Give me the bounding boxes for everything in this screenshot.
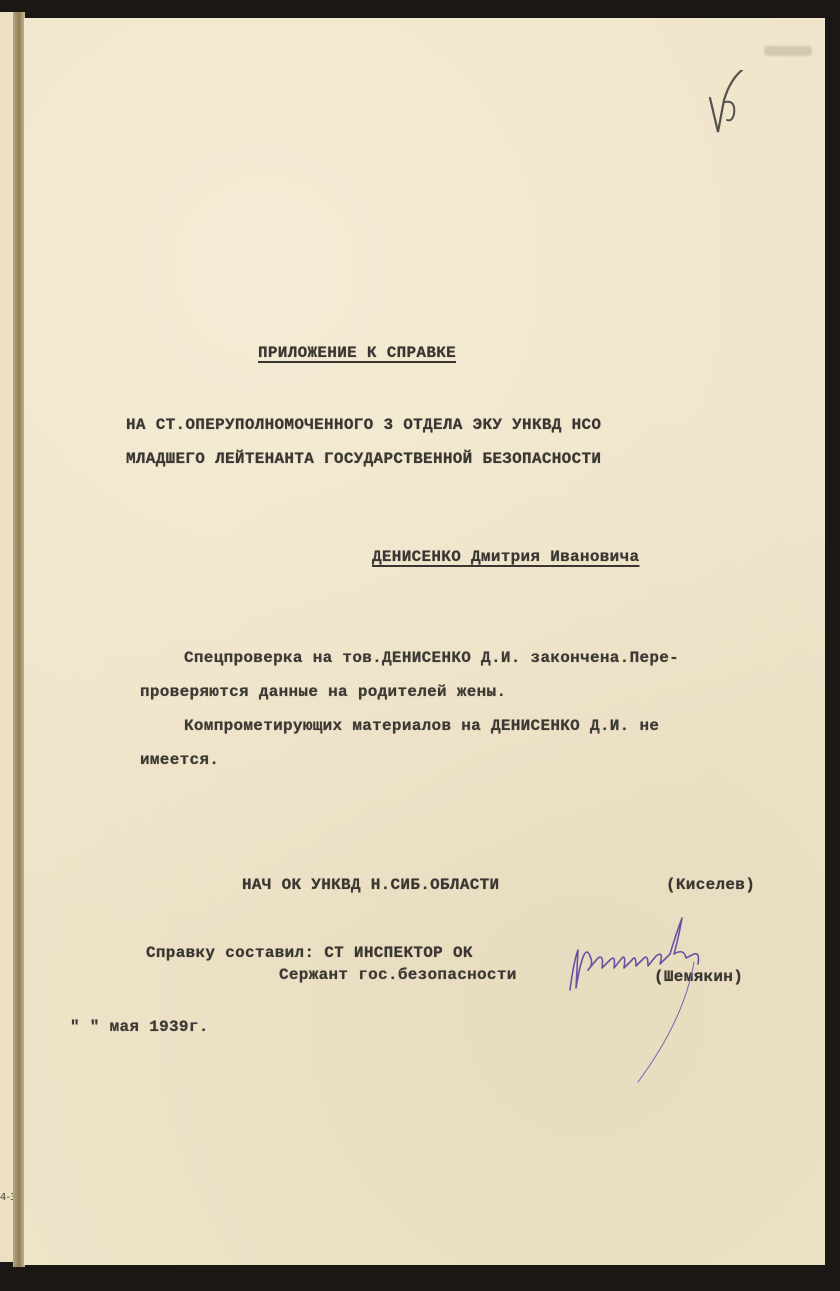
compiler-label: Справку составил: СТ ИНСПЕКТОР ОК xyxy=(146,944,473,962)
body-line-1: Спецпроверка на тов.ДЕНИСЕНКО Д.И. закон… xyxy=(184,649,679,667)
document-date: " " мая 1939г. xyxy=(70,1018,209,1036)
subject-line-2: МЛАДШЕГО ЛЕЙТЕНАНТА ГОСУДАРСТВЕННОЙ БЕЗО… xyxy=(126,450,601,468)
corner-smudge xyxy=(764,46,812,56)
previous-page-edge xyxy=(0,12,14,1262)
body-line-3: Компрометирующих материалов на ДЕНИСЕНКО… xyxy=(184,717,659,735)
handwritten-page-number-icon xyxy=(708,70,758,140)
body-line-4: имеется. xyxy=(140,751,219,769)
head-title: НАЧ ОК УНКВД Н.СИБ.ОБЛАСТИ xyxy=(242,876,499,894)
body-line-2: проверяются данные на родителей жены. xyxy=(140,683,506,701)
compiler-rank: Сержант гос.безопасности xyxy=(279,966,517,984)
document-title: ПРИЛОЖЕНИЕ К СПРАВКЕ xyxy=(258,344,456,362)
signature-icon xyxy=(560,910,740,1090)
subject-line-1: НА СТ.ОПЕРУПОЛНОМОЧЕННОГО 3 ОТДЕЛА ЭКУ У… xyxy=(126,416,601,434)
person-name: ДЕНИСЕНКО Дмитрия Ивановича xyxy=(372,548,639,566)
document-page: ПРИЛОЖЕНИЕ К СПРАВКЕ НА СТ.ОПЕРУПОЛНОМОЧ… xyxy=(24,18,825,1265)
head-name: (Киселев) xyxy=(666,876,755,894)
